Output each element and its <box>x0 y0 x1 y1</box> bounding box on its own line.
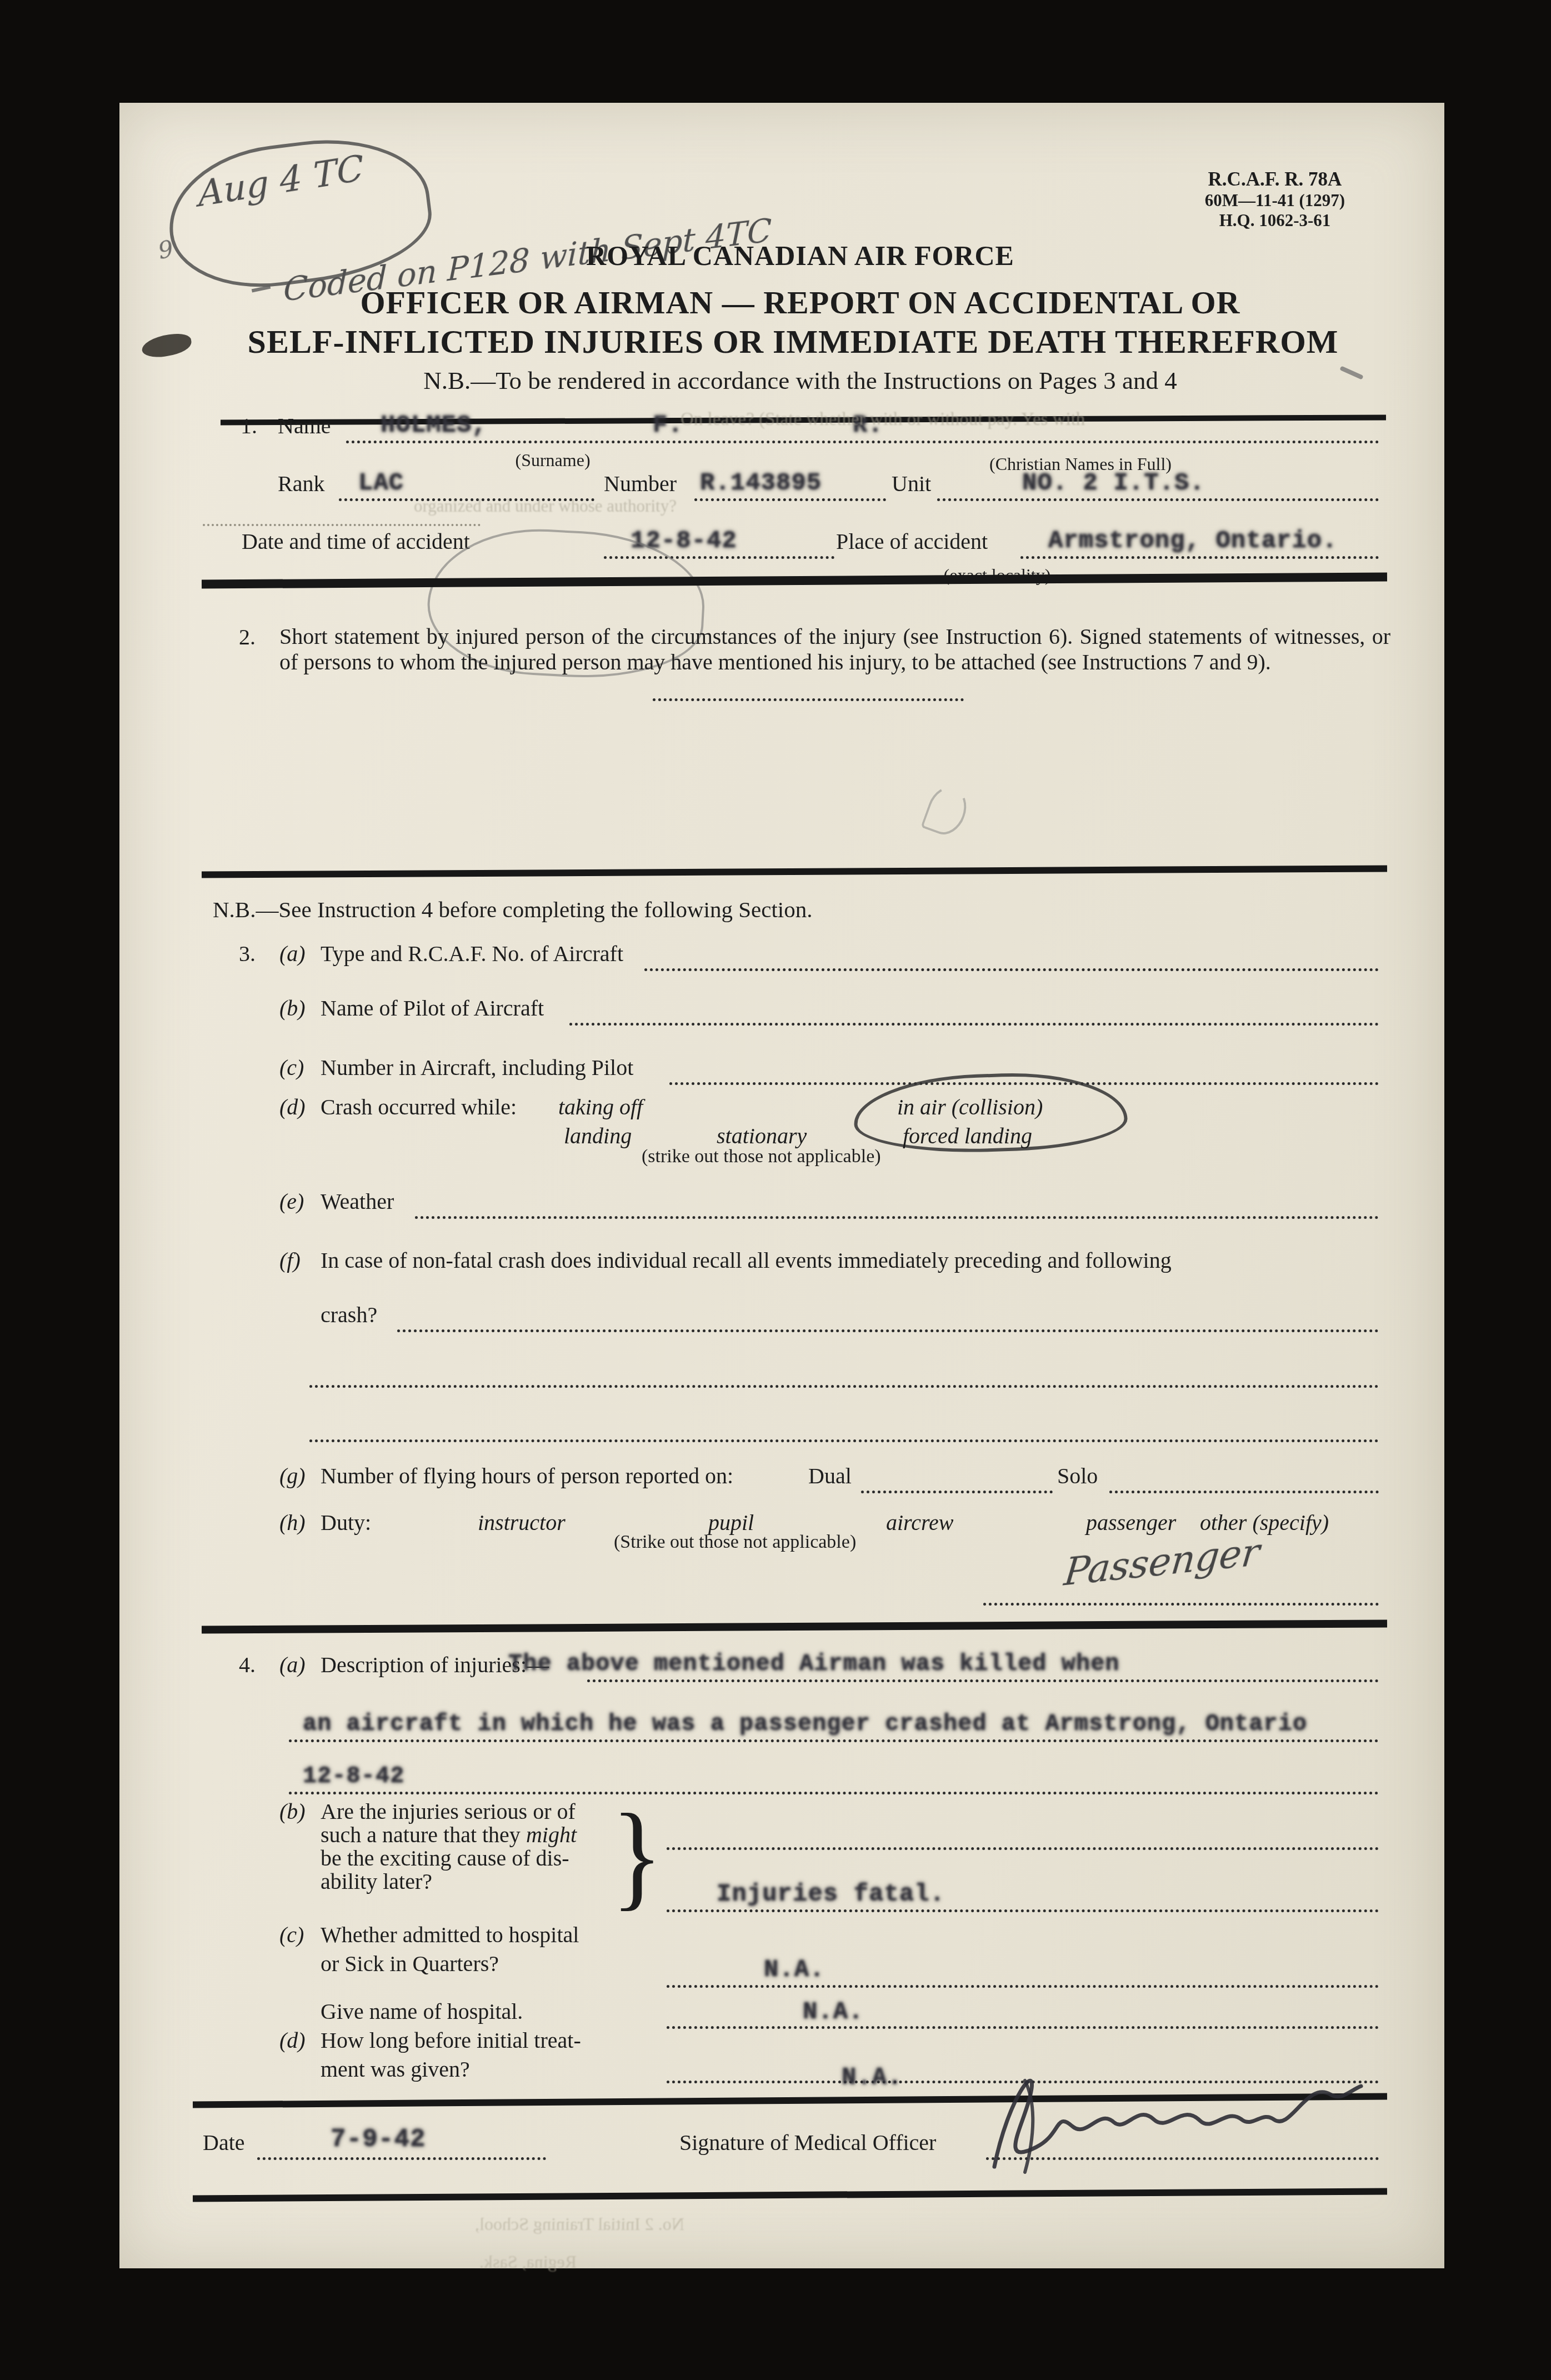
solo-label: Solo <box>1057 1463 1098 1489</box>
treatment-question-line1: How long before initial treat- <box>321 2027 581 2053</box>
duty-label: Duty: <box>321 1509 371 1536</box>
signature-label: Signature of Medical Officer <box>679 2129 936 2156</box>
item-a-label: (a) <box>279 941 306 967</box>
form-title-line1: OFFICER OR AIRMAN — REPORT ON ACCIDENTAL… <box>156 284 1444 321</box>
name-label: Name <box>278 413 331 439</box>
form-number: R.C.A.F. R. 78A <box>1164 168 1386 191</box>
number-in-aircraft-label: Number in Aircraft, including Pilot <box>321 1054 633 1081</box>
rank-value: LAC <box>358 469 404 497</box>
unit-value: NO. 2 I.T.S. <box>1022 469 1205 497</box>
scanned-document-page: { "colors":{"background":"#0d0c0a","pape… <box>0 0 1551 2380</box>
section2-rule <box>202 865 1387 878</box>
accident-place-value: Armstrong, Ontario. <box>1048 527 1338 555</box>
footer-date-label: Date <box>203 2129 245 2156</box>
pencil-squiggle <box>920 781 973 840</box>
bleedthrough-school-line2: Regina, Sask. <box>479 2252 577 2272</box>
service-number-value: R.143895 <box>700 469 822 497</box>
option-passenger: passenger <box>1086 1509 1176 1536</box>
bleedthrough-leave-fragment: On leave? (State whether with or without… <box>681 409 1085 430</box>
option-taking-off: taking off <box>558 1094 643 1120</box>
crash-answer-line2 <box>309 1385 1379 1388</box>
item-b-label: (b) <box>279 995 306 1021</box>
aircraft-type-line <box>644 968 1379 971</box>
serious-injuries-might-italic: might <box>526 1822 577 1847</box>
serious-injuries-answer-line1 <box>667 1847 1379 1850</box>
section3-number: 3. <box>239 941 256 967</box>
description-line3 <box>289 1792 1379 1794</box>
footer-date-value: 7-9-42 <box>331 2125 426 2154</box>
hospital-answer: N.A. <box>764 1956 825 1984</box>
medical-officer-signature <box>942 2064 1380 2186</box>
brace-glyph: } <box>611 1786 663 1924</box>
duty-answer-line <box>983 1603 1379 1606</box>
form-hq-ref: H.Q. 1062-3-61 <box>1164 211 1386 231</box>
pilot-name-label: Name of Pilot of Aircraft <box>321 995 544 1021</box>
bleedthrough-school-line1: No. 2 Initial Training School, <box>475 2214 684 2234</box>
item-f-label: (f) <box>279 1247 301 1273</box>
hospital-question-line1: Whether admitted to hospital <box>321 1922 579 1948</box>
option-aircrew: aircrew <box>886 1509 953 1536</box>
item-d-label: (d) <box>279 1094 306 1120</box>
serious-injuries-line4: ability later? <box>321 1868 432 1894</box>
accident-date-label: Date and time of accident <box>242 528 470 554</box>
unit-line <box>937 498 1379 501</box>
section2-trailing-dots <box>653 698 964 701</box>
service-number-label: Number <box>604 471 677 497</box>
section2-number: 2. <box>239 624 256 650</box>
weather-label: Weather <box>321 1188 394 1214</box>
crash-answer-line1 <box>397 1329 1379 1332</box>
description-value-line3: 12-8-42 <box>303 1763 404 1789</box>
hospital-name-label: Give name of hospital. <box>321 1998 523 2024</box>
strike-out-note-h: (Strike out those not applicable) <box>614 1532 856 1553</box>
description-line1 <box>587 1679 1379 1682</box>
serious-injuries-line2: such a nature that they might <box>321 1822 577 1848</box>
hospital-question-line2: or Sick in Quarters? <box>321 1951 499 1977</box>
option-forced-landing: forced landing <box>903 1123 1032 1149</box>
section4-number: 4. <box>239 1652 256 1678</box>
bleedthrough-authority-fragment: organized and under whose authority? <box>414 496 677 516</box>
form-print-run: 60M—11-41 (1297) <box>1164 191 1386 211</box>
serious-injuries-line2-text: such a nature that they <box>321 1822 526 1847</box>
service-number-line <box>694 498 886 501</box>
service-name: ROYAL CANADIAN AIR FORCE <box>156 239 1444 272</box>
hospital-name-answer: N.A. <box>803 1998 864 2026</box>
name-line <box>346 441 1379 443</box>
crash-occurred-label: Crash occurred while: <box>321 1094 517 1120</box>
non-fatal-recall-label: In case of non-fatal crash does individu… <box>321 1247 1382 1273</box>
flying-hours-label: Number of flying hours of person reporte… <box>321 1463 733 1489</box>
serious-injuries-answer: Injuries fatal. <box>717 1881 945 1908</box>
option-stationary: stationary <box>717 1123 807 1149</box>
stray-dotted-fragment <box>203 524 481 526</box>
item-4c-label: (c) <box>279 1922 304 1948</box>
weather-line <box>415 1216 1379 1219</box>
treatment-answer: N.A. <box>842 2064 903 2092</box>
crash-answer-line3 <box>309 1439 1379 1442</box>
section3-nb-note: N.B.—See Instruction 4 before completing… <box>213 896 812 923</box>
item-c-label: (c) <box>279 1054 304 1081</box>
item-4a-label: (a) <box>279 1652 306 1678</box>
option-instructor: instructor <box>478 1509 566 1536</box>
serious-injuries-line1: Are the injuries serious or of <box>321 1798 576 1824</box>
item-e-label: (e) <box>279 1188 304 1214</box>
description-value-line1: The above mentioned Airman was killed wh… <box>508 1651 1120 1677</box>
item-4d-label: (d) <box>279 2027 306 2053</box>
hospital-name-line <box>667 2026 1379 2029</box>
header-nb-note: N.B.—To be rendered in accordance with t… <box>156 366 1444 395</box>
duty-answer-handwritten: Passenger <box>1062 1530 1262 1595</box>
name-initial1-value: F. <box>653 412 683 439</box>
dual-label: Dual <box>808 1463 852 1489</box>
description-value-line2: an aircraft in which he was a passenger … <box>303 1711 1307 1737</box>
unit-label: Unit <box>892 471 931 497</box>
solo-line <box>1109 1491 1379 1493</box>
crash-question-label: crash? <box>321 1302 377 1328</box>
surname-caption: (Surname) <box>453 450 653 471</box>
hospital-answer-line <box>667 1985 1379 1988</box>
serious-injuries-line3: be the exciting cause of dis- <box>321 1845 569 1871</box>
accident-place-label: Place of accident <box>836 528 988 554</box>
option-landing: landing <box>564 1123 632 1149</box>
item-g-label: (g) <box>279 1463 306 1489</box>
section2-text: Short statement by injured person of the… <box>279 624 1390 675</box>
accident-place-line <box>1020 556 1379 559</box>
form-title-line2: SELF-INFLICTED INJURIES OR IMMEDIATE DEA… <box>142 323 1444 361</box>
bottom-rule <box>193 2188 1387 2202</box>
footer-date-line <box>257 2157 546 2160</box>
scanned-form-page: 9 Aug 4 TC Coded on P128 with Sept 4TC R… <box>119 103 1444 2268</box>
rank-label: Rank <box>278 471 324 497</box>
serious-injuries-answer-line2 <box>667 1909 1379 1912</box>
section3-rule <box>202 1619 1387 1633</box>
section1-rule <box>202 572 1387 588</box>
option-other-specify: other (specify) <box>1200 1509 1329 1536</box>
aircraft-type-label: Type and R.C.A.F. No. of Aircraft <box>321 941 623 967</box>
name-surname-value: HOLMES, <box>381 412 487 439</box>
section1-number: 1. <box>241 413 257 439</box>
description-line2 <box>289 1739 1379 1742</box>
dual-line <box>861 1491 1053 1493</box>
treatment-question-line2: ment was given? <box>321 2056 470 2082</box>
item-4b-label: (b) <box>279 1798 306 1824</box>
form-code-block: R.C.A.F. R. 78A 60M—11-41 (1297) H.Q. 10… <box>1164 168 1386 231</box>
pilot-name-line <box>569 1023 1379 1026</box>
strike-out-note-d: (strike out those not applicable) <box>642 1146 881 1167</box>
item-h-label: (h) <box>279 1509 306 1536</box>
